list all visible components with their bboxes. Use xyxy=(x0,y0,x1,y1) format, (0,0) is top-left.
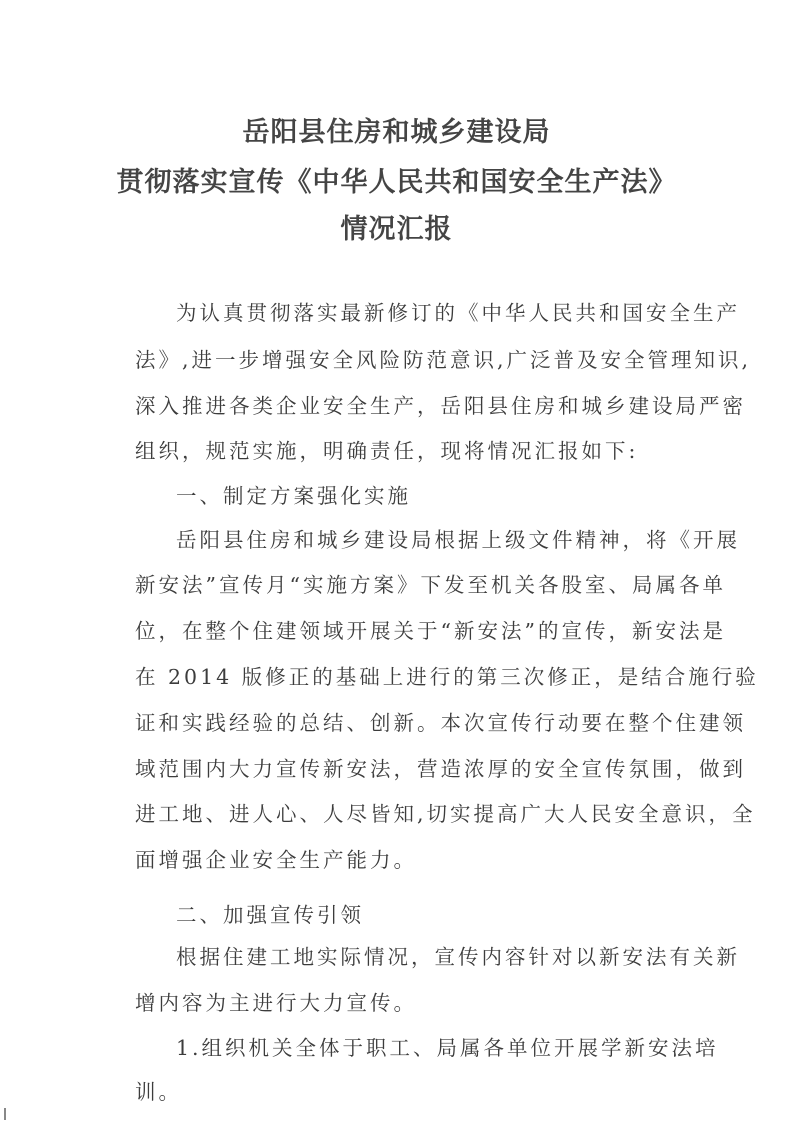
section-heading-1: 一、制定方案强化实施 xyxy=(176,479,716,509)
body-line: 训。 xyxy=(135,1075,675,1105)
body-line: 在 2014 版修正的基础上进行的第三次修正，是结合施行验 xyxy=(135,660,675,690)
list-item-1: 1.组织机关全体于职工、局属各单位开展学新安法培 xyxy=(176,1031,716,1061)
body-line: 岳阳县住房和城乡建设局根据上级文件精神，将《开展 xyxy=(176,523,716,553)
scan-margin-mark xyxy=(4,1108,6,1120)
body-line: 证和实践经验的总结、创新。本次宣传行动要在整个住建领 xyxy=(135,706,675,736)
body-line: 深入推进各类企业安全生产，岳阳县住房和城乡建设局严密 xyxy=(135,389,675,419)
body-line: 为认真贯彻落实最新修订的《中华人民共和国安全生产 xyxy=(176,296,716,326)
body-line: 新安法”宣传月“实施方案》下发至机关各股室、局属各单 xyxy=(135,568,675,598)
title-line-2: 贯彻落实宣传《中华人民共和国安全生产法》 xyxy=(0,160,793,199)
body-line: 组织，规范实施，明确责任，现将情况汇报如下: xyxy=(135,434,675,464)
title-line-1: 岳阳县住房和城乡建设局 xyxy=(0,110,793,149)
body-line: 法》,进一步增强安全风险防范意识,广泛普及安全管理知识, xyxy=(135,343,675,373)
body-line: 根据住建工地实际情况，宣传内容针对以新安法有关新 xyxy=(176,940,716,970)
title-line-3: 情况汇报 xyxy=(0,207,793,246)
body-line: 位，在整个住建领域开展关于“新安法”的宣传，新安法是 xyxy=(135,614,675,644)
body-line: 进工地、进人心、人尽皆知,切实提高广大人民安全意识，全 xyxy=(135,797,675,827)
section-heading-2: 二、加强宣传引领 xyxy=(176,898,716,928)
body-line: 域范围内大力宣传新安法，营造浓厚的安全宣传氛围，做到 xyxy=(135,752,675,782)
body-line: 面增强企业安全生产能力。 xyxy=(135,843,675,873)
body-line: 增内容为主进行大力宣传。 xyxy=(135,986,675,1016)
